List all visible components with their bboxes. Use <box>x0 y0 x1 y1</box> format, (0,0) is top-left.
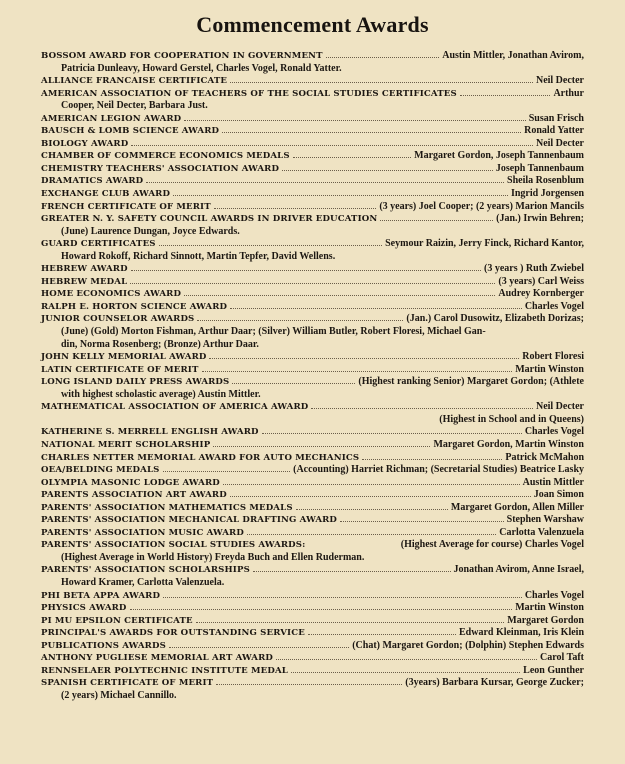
award-entry: RENNSELAER POLYTECHNIC INSTITUTE MEDALLe… <box>41 665 584 678</box>
award-recipients: Arthur <box>553 88 584 101</box>
award-recipients: Margaret Gordon, Joseph Tannenbaum <box>414 150 584 163</box>
dot-leader <box>214 201 377 209</box>
award-recipients: Austin Mittler, Jonathan Avirom, <box>442 50 584 63</box>
award-entry: JUNIOR COUNSELOR AWARDS(Jan.) Carol Duso… <box>41 313 584 351</box>
award-name: JUNIOR COUNSELOR AWARDS <box>41 313 194 326</box>
award-line: KATHERINE S. MERRELL ENGLISH AWARDCharle… <box>41 426 584 439</box>
award-recipients: (Accounting) Harriet Richman; (Secretari… <box>293 464 584 477</box>
award-recipients-continued: (June) (Gold) Morton Fishman, Arthur Daa… <box>41 326 584 339</box>
dot-leader <box>340 514 504 522</box>
award-recipients: Charles Vogel <box>525 590 584 603</box>
dot-leader <box>308 540 397 547</box>
award-recipients: Margaret Gordon, Martin Winston <box>433 439 584 452</box>
dot-leader <box>380 213 493 221</box>
award-entry: FRENCH CERTIFICATE OF MERIT(3 years) Joe… <box>41 201 584 214</box>
award-line: OLYMPIA MASONIC LODGE AWARDAustin Mittle… <box>41 477 584 490</box>
dot-leader <box>362 452 502 460</box>
award-line: HEBREW MEDAL(3 years) Carl Weiss <box>41 276 584 289</box>
document-page: Commencement Awards BOSSOM AWARD FOR COO… <box>0 0 625 764</box>
dot-leader <box>223 477 520 485</box>
award-line: GUARD CERTIFICATESSeymour Raizin, Jerry … <box>41 238 584 251</box>
award-line: JOHN KELLY MEMORIAL AWARDRobert Floresi <box>41 351 584 364</box>
award-recipients: Neil Decter <box>536 138 584 151</box>
award-entry: PUBLICATIONS AWARDS(Chat) Margaret Gordo… <box>41 640 584 653</box>
dot-leader <box>163 590 522 598</box>
award-entry: PHYSICS AWARDMartin Winston <box>41 602 584 615</box>
award-entry: PRINCIPAL'S AWARDS FOR OUTSTANDING SERVI… <box>41 627 584 640</box>
award-name: PI MU EPSILON CERTIFICATE <box>41 615 193 628</box>
award-name: PARENTS ASSOCIATION ART AWARD <box>41 489 227 502</box>
award-name: MATHEMATICAL ASSOCIATION OF AMERICA AWAR… <box>41 401 308 414</box>
dot-leader <box>169 640 349 648</box>
award-recipients: Neil Decter <box>536 75 584 88</box>
award-entry: ALLIANCE FRANCAISE CERTIFICATENeil Decte… <box>41 75 584 88</box>
dot-leader <box>230 75 533 83</box>
award-recipients: Margaret Gordon, Allen Miller <box>451 502 584 515</box>
award-line: PARENTS' ASSOCIATION MATHEMATICS MEDALSM… <box>41 502 584 515</box>
dot-leader <box>232 376 355 384</box>
dot-leader <box>213 439 430 447</box>
award-recipients-continued: (Highest Average in World History) Freyd… <box>41 552 584 565</box>
award-recipients: Austin Mittler <box>523 477 584 490</box>
award-line: RENNSELAER POLYTECHNIC INSTITUTE MEDALLe… <box>41 665 584 678</box>
award-entry: PARENTS' ASSOCIATION MATHEMATICS MEDALSM… <box>41 502 584 515</box>
award-name: SPANISH CERTIFICATE OF MERIT <box>41 677 213 690</box>
award-line: NATIONAL MERIT SCHOLARSHIPMargaret Gordo… <box>41 439 584 452</box>
award-name: GREATER N. Y. SAFETY COUNCIL AWARDS IN D… <box>41 213 377 226</box>
dot-leader <box>276 652 537 660</box>
award-name: DRAMATICS AWARD <box>41 175 143 188</box>
award-entry: PARENTS' ASSOCIATION SCHOLARSHIPSJonatha… <box>41 564 584 589</box>
award-recipients: Martin Winston <box>515 602 584 615</box>
award-line: SPANISH CERTIFICATE OF MERIT(3years) Bar… <box>41 677 584 690</box>
award-entry: ANTHONY PUGLIESE MEMORIAL ART AWARDCarol… <box>41 652 584 665</box>
award-name: BOSSOM AWARD FOR COOPERATION IN GOVERNME… <box>41 50 323 63</box>
award-line: AMERICAN ASSOCIATION OF TEACHERS OF THE … <box>41 88 584 101</box>
award-recipients: (3 years) Carl Weiss <box>498 276 584 289</box>
award-name: BAUSCH & LOMB SCIENCE AWARD <box>41 125 219 138</box>
award-entry: PI MU EPSILON CERTIFICATEMargaret Gordon <box>41 615 584 628</box>
award-line: PI MU EPSILON CERTIFICATEMargaret Gordon <box>41 615 584 628</box>
award-recipients: Martin Winston <box>515 364 584 377</box>
award-entry: CHAMBER OF COMMERCE ECONOMICS MEDALSMarg… <box>41 150 584 163</box>
dot-leader <box>230 301 522 309</box>
award-line: ANTHONY PUGLIESE MEMORIAL ART AWARDCarol… <box>41 652 584 665</box>
award-name: KATHERINE S. MERRELL ENGLISH AWARD <box>41 426 259 439</box>
award-recipients: (Highest ranking Senior) Margaret Gordon… <box>358 376 584 389</box>
award-entry: PARENTS ASSOCIATION ART AWARDJoan Simon <box>41 489 584 502</box>
award-entry: BIOLOGY AWARDNeil Decter <box>41 138 584 151</box>
award-name: GUARD CERTIFICATES <box>41 238 156 251</box>
award-recipients-continued: Cooper, Neil Decter, Barbara Just. <box>41 100 584 113</box>
award-entry: AMERICAN LEGION AWARDSusan Frisch <box>41 113 584 126</box>
award-line: PARENTS ASSOCIATION ART AWARDJoan Simon <box>41 489 584 502</box>
award-line: HEBREW AWARD(3 years ) Ruth Zwiebel <box>41 263 584 276</box>
award-name: PHYSICS AWARD <box>41 602 127 615</box>
award-name: CHARLES NETTER MEMORIAL AWARD FOR AUTO M… <box>41 452 359 465</box>
award-name: PUBLICATIONS AWARDS <box>41 640 166 653</box>
dot-leader <box>209 351 519 359</box>
award-entry: DRAMATICS AWARDSheila Rosenblum <box>41 175 584 188</box>
award-recipients: Audrey Kornberger <box>498 288 584 301</box>
award-recipients: (Highest Average for course) Charles Vog… <box>401 539 584 552</box>
award-entry: OEA/BELDING MEDALS(Accounting) Harriet R… <box>41 464 584 477</box>
award-recipients: Patrick McMahon <box>505 452 584 465</box>
award-line: PRINCIPAL'S AWARDS FOR OUTSTANDING SERVI… <box>41 627 584 640</box>
award-recipients-continued: Patricia Dunleavy, Howard Gerstel, Charl… <box>41 63 584 76</box>
award-recipients: (3 years) Joel Cooper; (2 years) Marion … <box>379 201 584 214</box>
dot-leader <box>282 163 493 171</box>
award-name: CHAMBER OF COMMERCE ECONOMICS MEDALS <box>41 150 290 163</box>
award-line: PUBLICATIONS AWARDS(Chat) Margaret Gordo… <box>41 640 584 653</box>
award-entry: BOSSOM AWARD FOR COOPERATION IN GOVERNME… <box>41 50 584 75</box>
award-recipients: Carol Taft <box>540 652 584 665</box>
award-name: PARENTS' ASSOCIATION MUSIC AWARD <box>41 527 244 540</box>
award-recipients-continued: Howard Kramer, Carlotta Valenzuela. <box>41 577 584 590</box>
award-line: PHYSICS AWARDMartin Winston <box>41 602 584 615</box>
dot-leader <box>163 464 291 472</box>
award-entry: JOHN KELLY MEMORIAL AWARDRobert Floresi <box>41 351 584 364</box>
award-entry: MATHEMATICAL ASSOCIATION OF AMERICA AWAR… <box>41 401 584 426</box>
dot-leader <box>296 502 448 510</box>
award-name: PARENTS' ASSOCIATION SCHOLARSHIPS <box>41 564 250 577</box>
award-line: PARENTS' ASSOCIATION SOCIAL STUDIES AWAR… <box>41 539 584 552</box>
award-recipients: Leon Gunther <box>523 665 584 678</box>
award-recipients: Charles Vogel <box>525 301 584 314</box>
dot-leader <box>222 125 521 133</box>
award-line: EXCHANGE CLUB AWARDIngrid Jorgensen <box>41 188 584 201</box>
award-line: DRAMATICS AWARDSheila Rosenblum <box>41 175 584 188</box>
award-line: BOSSOM AWARD FOR COOPERATION IN GOVERNME… <box>41 50 584 63</box>
award-line: MATHEMATICAL ASSOCIATION OF AMERICA AWAR… <box>41 401 584 414</box>
award-name: HOME ECONOMICS AWARD <box>41 288 181 301</box>
dot-leader <box>146 175 504 183</box>
award-entry: CHARLES NETTER MEMORIAL AWARD FOR AUTO M… <box>41 452 584 465</box>
dot-leader <box>308 627 456 635</box>
award-entry: OLYMPIA MASONIC LODGE AWARDAustin Mittle… <box>41 477 584 490</box>
award-line: CHAMBER OF COMMERCE ECONOMICS MEDALSMarg… <box>41 150 584 163</box>
award-entry: EXCHANGE CLUB AWARDIngrid Jorgensen <box>41 188 584 201</box>
award-line: BIOLOGY AWARDNeil Decter <box>41 138 584 151</box>
award-line: PHI BETA APPA AWARDCharles Vogel <box>41 590 584 603</box>
dot-leader <box>326 50 440 58</box>
dot-leader <box>130 276 495 284</box>
award-recipients-continued: Howard Rokoff, Richard Sinnott, Martin T… <box>41 251 584 264</box>
award-entry: AMERICAN ASSOCIATION OF TEACHERS OF THE … <box>41 88 584 113</box>
award-line: PARENTS' ASSOCIATION MUSIC AWARDCarlotta… <box>41 527 584 540</box>
dot-leader <box>131 138 533 146</box>
award-recipients: Ingrid Jorgensen <box>511 188 584 201</box>
award-line: JUNIOR COUNSELOR AWARDS(Jan.) Carol Duso… <box>41 313 584 326</box>
award-name: HEBREW AWARD <box>41 263 128 276</box>
award-recipients: Joseph Tannenbaum <box>496 163 584 176</box>
award-entry: PARENTS' ASSOCIATION MECHANICAL DRAFTING… <box>41 514 584 527</box>
award-recipients: (Jan.) Carol Dusowitz, Elizabeth Dorizas… <box>406 313 584 326</box>
award-entry: HEBREW MEDAL(3 years) Carl Weiss <box>41 276 584 289</box>
award-entry: HEBREW AWARD(3 years ) Ruth Zwiebel <box>41 263 584 276</box>
award-entry: NATIONAL MERIT SCHOLARSHIPMargaret Gordo… <box>41 439 584 452</box>
award-line: ALLIANCE FRANCAISE CERTIFICATENeil Decte… <box>41 75 584 88</box>
award-recipients: Edward Kleinman, Iris Klein <box>459 627 584 640</box>
award-list: BOSSOM AWARD FOR COOPERATION IN GOVERNME… <box>41 50 584 702</box>
award-name: NATIONAL MERIT SCHOLARSHIP <box>41 439 210 452</box>
award-recipients: Sheila Rosenblum <box>507 175 584 188</box>
award-line: CHEMISTRY TEACHERS' ASSOCIATION AWARDJos… <box>41 163 584 176</box>
award-name: FRENCH CERTIFICATE OF MERIT <box>41 201 211 214</box>
award-name: OEA/BELDING MEDALS <box>41 464 160 477</box>
award-name: RALPH E. HORTON SCIENCE AWARD <box>41 301 227 314</box>
award-recipients-continued: din, Norma Rosenberg; (Bronze) Arthur Da… <box>41 339 584 352</box>
award-line: PARENTS' ASSOCIATION MECHANICAL DRAFTING… <box>41 514 584 527</box>
award-entry: CHEMISTRY TEACHERS' ASSOCIATION AWARDJos… <box>41 163 584 176</box>
award-entry: PHI BETA APPA AWARDCharles Vogel <box>41 590 584 603</box>
award-name: PARENTS' ASSOCIATION MATHEMATICS MEDALS <box>41 502 293 515</box>
award-recipients: Margaret Gordon <box>507 615 584 628</box>
award-name: PRINCIPAL'S AWARDS FOR OUTSTANDING SERVI… <box>41 627 305 640</box>
dot-leader <box>184 113 525 121</box>
award-recipients: Carlotta Valenzuela <box>499 527 584 540</box>
award-recipients: Stephen Warshaw <box>507 514 584 527</box>
award-name: AMERICAN LEGION AWARD <box>41 113 181 126</box>
award-name: CHEMISTRY TEACHERS' ASSOCIATION AWARD <box>41 163 279 176</box>
dot-leader <box>291 665 520 673</box>
award-recipients-continued: (June) Laurence Dungan, Joyce Edwards. <box>41 226 584 239</box>
award-line: LONG ISLAND DAILY PRESS AWARDS(Highest r… <box>41 376 584 389</box>
award-entry: RALPH E. HORTON SCIENCE AWARDCharles Vog… <box>41 301 584 314</box>
dot-leader <box>311 401 533 409</box>
award-entry: PARENTS' ASSOCIATION MUSIC AWARDCarlotta… <box>41 527 584 540</box>
award-name: OLYMPIA MASONIC LODGE AWARD <box>41 477 220 490</box>
award-recipients: Neil Decter <box>536 401 584 414</box>
award-recipients: Seymour Raizin, Jerry Finck, Richard Kan… <box>385 238 584 251</box>
dot-leader <box>196 615 505 623</box>
award-entry: KATHERINE S. MERRELL ENGLISH AWARDCharle… <box>41 426 584 439</box>
award-entry: GREATER N. Y. SAFETY COUNCIL AWARDS IN D… <box>41 213 584 238</box>
dot-leader <box>262 426 522 434</box>
award-recipients: (Jan.) Irwin Behren; <box>496 213 584 226</box>
award-recipients: (3years) Barbara Kursar, George Zucker; <box>405 677 584 690</box>
award-name: PARENTS' ASSOCIATION SOCIAL STUDIES AWAR… <box>41 539 305 552</box>
award-name: LONG ISLAND DAILY PRESS AWARDS <box>41 376 229 389</box>
award-line: HOME ECONOMICS AWARDAudrey Kornberger <box>41 288 584 301</box>
award-recipients-continued: (2 years) Michael Cannillo. <box>41 690 584 703</box>
award-entry: GUARD CERTIFICATESSeymour Raizin, Jerry … <box>41 238 584 263</box>
award-name: ANTHONY PUGLIESE MEMORIAL ART AWARD <box>41 652 273 665</box>
dot-leader <box>460 88 551 96</box>
award-line: CHARLES NETTER MEMORIAL AWARD FOR AUTO M… <box>41 452 584 465</box>
award-recipients: Joan Simon <box>534 489 584 502</box>
dot-leader <box>247 527 496 535</box>
page-title: Commencement Awards <box>0 12 625 38</box>
award-name: JOHN KELLY MEMORIAL AWARD <box>41 351 206 364</box>
award-line: GREATER N. Y. SAFETY COUNCIL AWARDS IN D… <box>41 213 584 226</box>
award-entry: PARENTS' ASSOCIATION SOCIAL STUDIES AWAR… <box>41 539 584 564</box>
award-recipients: (Chat) Margaret Gordon; (Dolphin) Stephe… <box>352 640 584 653</box>
award-recipients: Charles Vogel <box>525 426 584 439</box>
award-name: RENNSELAER POLYTECHNIC INSTITUTE MEDAL <box>41 665 288 678</box>
dot-leader <box>216 677 402 685</box>
award-line: LATIN CERTIFICATE OF MERITMartin Winston <box>41 364 584 377</box>
award-recipients: Robert Floresi <box>522 351 584 364</box>
award-entry: BAUSCH & LOMB SCIENCE AWARDRonald Yatter <box>41 125 584 138</box>
award-name: AMERICAN ASSOCIATION OF TEACHERS OF THE … <box>41 88 457 101</box>
dot-leader <box>159 238 382 246</box>
dot-leader <box>131 263 481 271</box>
dot-leader <box>197 313 403 321</box>
award-entry: HOME ECONOMICS AWARDAudrey Kornberger <box>41 288 584 301</box>
award-note: (Highest in School and in Queens) <box>41 414 584 427</box>
award-line: BAUSCH & LOMB SCIENCE AWARDRonald Yatter <box>41 125 584 138</box>
award-recipients: (3 years ) Ruth Zwiebel <box>484 263 584 276</box>
award-name: ALLIANCE FRANCAISE CERTIFICATE <box>41 75 227 88</box>
award-name: PHI BETA APPA AWARD <box>41 590 160 603</box>
dot-leader <box>184 288 495 296</box>
dot-leader <box>253 564 451 572</box>
award-recipients: Susan Frisch <box>529 113 584 126</box>
award-entry: LONG ISLAND DAILY PRESS AWARDS(Highest r… <box>41 376 584 401</box>
dot-leader <box>230 489 531 497</box>
award-recipients: Jonathan Avirom, Anne Israel, <box>454 564 584 577</box>
award-name: BIOLOGY AWARD <box>41 138 128 151</box>
award-line: AMERICAN LEGION AWARDSusan Frisch <box>41 113 584 126</box>
dot-leader <box>173 188 508 196</box>
award-line: PARENTS' ASSOCIATION SCHOLARSHIPSJonatha… <box>41 564 584 577</box>
dot-leader <box>293 150 411 158</box>
award-line: RALPH E. HORTON SCIENCE AWARDCharles Vog… <box>41 301 584 314</box>
award-name: PARENTS' ASSOCIATION MECHANICAL DRAFTING… <box>41 514 337 527</box>
award-entry: LATIN CERTIFICATE OF MERITMartin Winston <box>41 364 584 377</box>
award-line: OEA/BELDING MEDALS(Accounting) Harriet R… <box>41 464 584 477</box>
award-name: LATIN CERTIFICATE OF MERIT <box>41 364 199 377</box>
award-recipients: Ronald Yatter <box>524 125 584 138</box>
dot-leader <box>202 364 513 372</box>
award-line: FRENCH CERTIFICATE OF MERIT(3 years) Joe… <box>41 201 584 214</box>
award-recipients-continued: with highest scholastic average) Austin … <box>41 389 584 402</box>
award-name: HEBREW MEDAL <box>41 276 127 289</box>
award-entry: SPANISH CERTIFICATE OF MERIT(3years) Bar… <box>41 677 584 702</box>
dot-leader <box>130 602 513 610</box>
award-name: EXCHANGE CLUB AWARD <box>41 188 170 201</box>
